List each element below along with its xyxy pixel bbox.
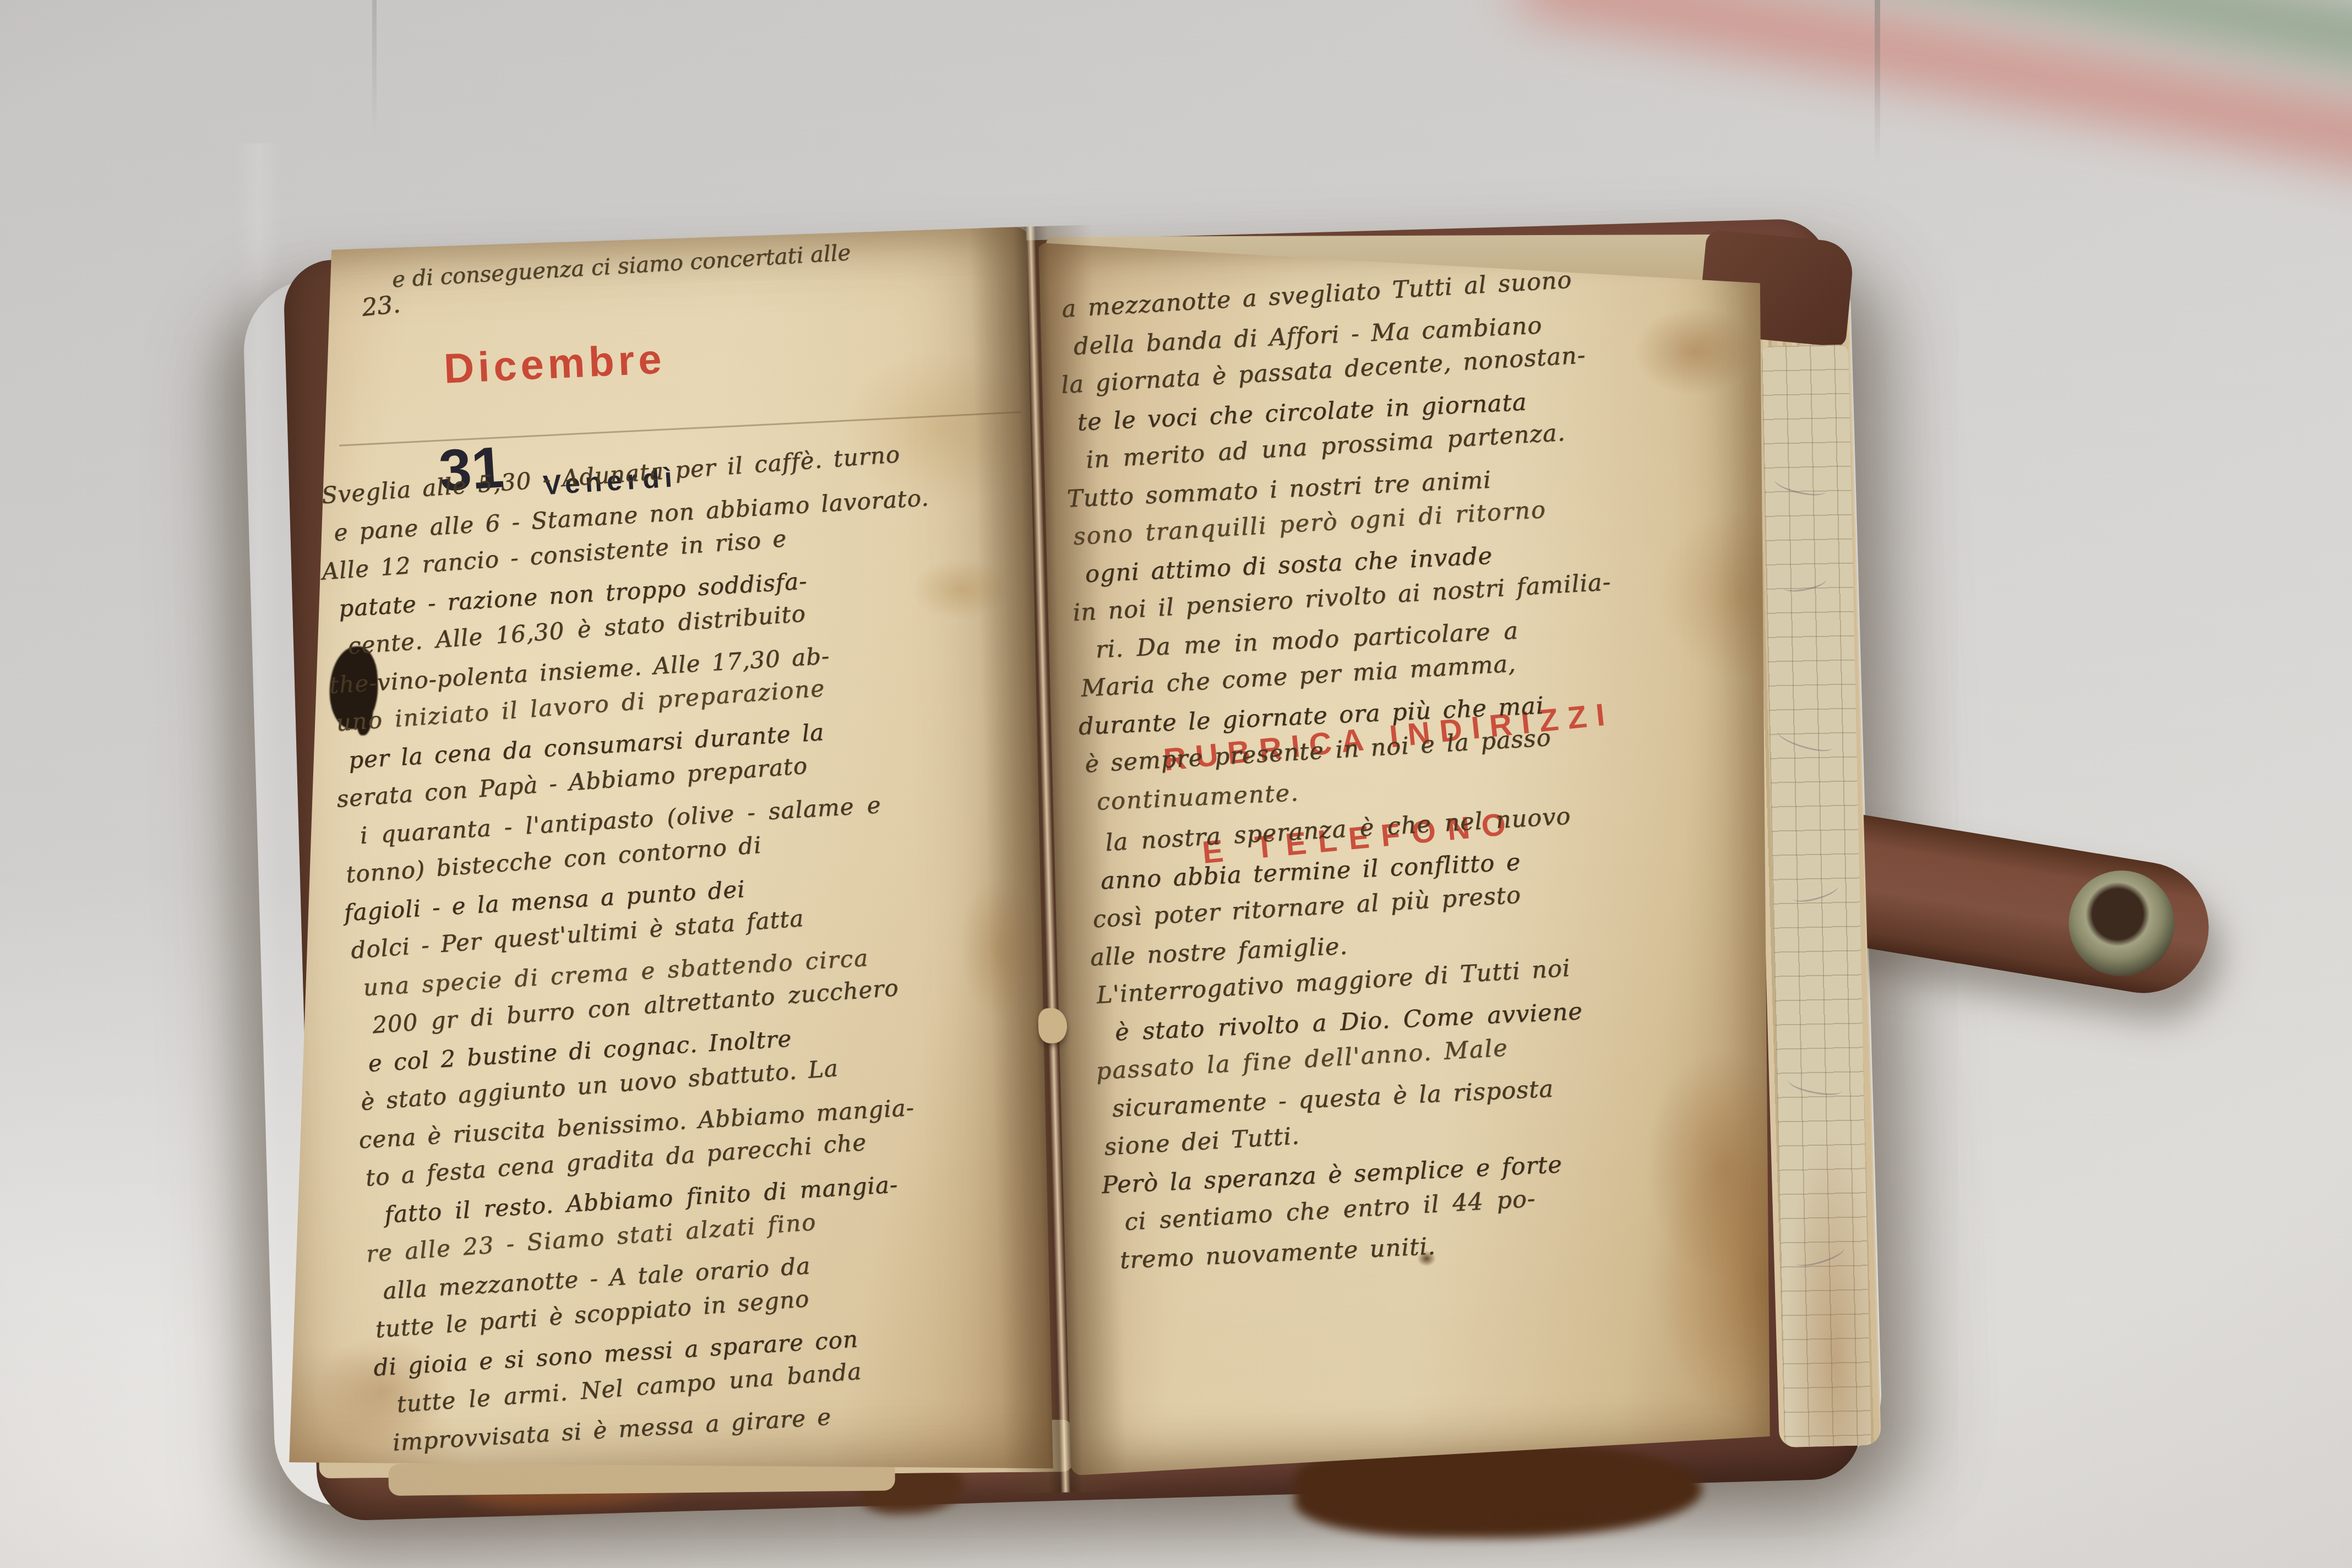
display-case-edge [372, 0, 377, 138]
pencil-scribble [1775, 723, 1835, 756]
printed-month-label: Dicembre [443, 335, 666, 393]
display-case-edge [1875, 0, 1880, 165]
right-diary-page: RUBRICA INDIRIZZI E TELEFONO a mezzanott… [1036, 223, 1793, 1476]
pencil-scribble [1773, 472, 1827, 499]
left-diary-page: e di conseguenza ci siamo concertati all… [252, 227, 1064, 1495]
handwriting-page-number: 23. [361, 290, 402, 322]
diary: e di conseguenza ci siamo concertati all… [252, 204, 1884, 1531]
pencil-scribble [1787, 1072, 1844, 1098]
strap-eyelet [2061, 863, 2182, 984]
handwriting-block-right: a mezzanotte a svegliato Tutti al suonod… [1061, 255, 1804, 1280]
handwriting-block-left: Sveglia alle 5,30 - Adunata per il caffè… [320, 431, 1093, 1462]
binding-thread-knot [1038, 1008, 1068, 1043]
museum-photo: e di conseguenza ci siamo concertati all… [0, 0, 2352, 1568]
pencil-scribble [1782, 573, 1827, 595]
pencil-scribble [1790, 879, 1840, 906]
pencil-scribble [1794, 1241, 1847, 1270]
